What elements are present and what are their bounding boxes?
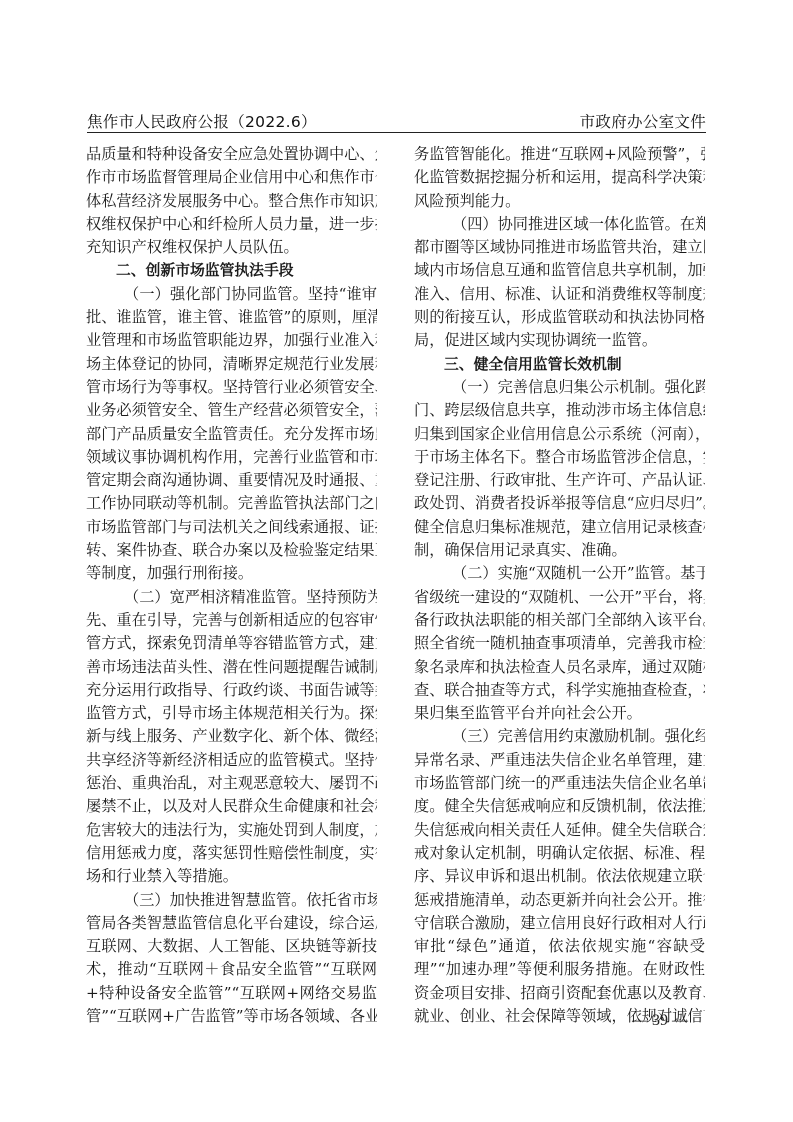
text-line: 制，确保信用记录真实、准确。 xyxy=(414,539,705,562)
text-line: 域内市场信息互通和监管信息共享机制，加强 xyxy=(414,259,705,282)
text-line: 门、跨层级信息共享，推动涉市场主体信息统一 xyxy=(414,399,705,422)
text-line: 互联网、大数据、人工智能、区块链等新技 xyxy=(86,935,377,958)
text-line: 领域议事协调机构作用，完善行业监管和市场监 xyxy=(86,446,377,469)
text-line: 场和行业禁入等措施。 xyxy=(86,865,377,888)
text-line: 充分运用行政指导、行政约谈、书面告诫等柔性 xyxy=(86,679,377,702)
text-line: （一）完善信息归集公示机制。强化跨部 xyxy=(414,376,705,399)
text-line: 序、异议申诉和退出机制。依法依规建立联合 xyxy=(414,865,705,888)
page-number: — 39 — xyxy=(632,1012,688,1030)
text-line: 查、联合抽查等方式，科学实施抽查检查，将结 xyxy=(414,679,705,702)
text-line: 都市圈等区域协同推进市场监管共治，建立区 xyxy=(414,236,705,259)
text-line: 品质量和特种设备安全应急处置协调中心、焦 xyxy=(86,143,377,166)
publication-title: 焦作市人民政府公报（2022.6） xyxy=(87,110,317,132)
text-line: 则的衔接互认，形成监管联动和执法协同格 xyxy=(414,306,705,329)
text-line: 异常名录、严重违法失信企业名单管理，建立 xyxy=(414,749,705,772)
text-line: 管方式，探索免罚清单等容错监管方式，建立完 xyxy=(86,632,377,655)
text-line: 管局各类智慧监管信息化平台建设，综合运用 xyxy=(86,912,377,935)
text-line: 危害较大的违法行为，实施处罚到人制度，加大 xyxy=(86,819,377,842)
text-line: 作市市场监督管理局企业信用中心和焦作市个 xyxy=(86,166,377,189)
text-line: 政处罚、消费者投诉举报等信息“应归尽归”。 xyxy=(414,492,705,515)
text-line: （二）实施“双随机一公开”监管。基于 xyxy=(414,562,705,585)
text-line: （四）协同推进区域一体化监管。在郑州 xyxy=(414,213,705,236)
text-line: 监管方式，引导市场主体规范相关行为。探索创 xyxy=(86,702,377,725)
text-line: 果归集至监管平台并向社会公开。 xyxy=(414,702,705,725)
text-line: 守信联合激励，建立信用良好行政相对人行政 xyxy=(414,912,705,935)
text-line: 屡禁不止，以及对人民群众生命健康和社会秩序 xyxy=(86,795,377,818)
text-line: 管”“互联网+广告监管”等市场各领域、各业 xyxy=(86,1005,377,1028)
text-line: （二）宽严相济精准监管。坚持预防为 xyxy=(86,586,377,609)
left-column: 品质量和特种设备安全应急处置协调中心、焦作市市场监督管理局企业信用中心和焦作市个… xyxy=(86,143,377,1028)
text-line: 术，推动“互联网＋食品安全监管”“互联网 xyxy=(86,958,377,981)
text-line: 权维权保护中心和纤检所人员力量，进一步扩 xyxy=(86,213,377,236)
text-line: 象名录库和执法检查人员名录库，通过双随机抽 xyxy=(414,656,705,679)
text-line: 失信惩戒向相关责任人延伸。健全失信联合惩 xyxy=(414,819,705,842)
text-line: 市场监管部门与司法机关之间线索通报、证据移 xyxy=(86,516,377,539)
text-line: 审批“绿色”通道，依法依规实施“容缺受 xyxy=(414,935,705,958)
text-line: 风险预判能力。 xyxy=(414,190,705,213)
text-line: 度。健全失信惩戒响应和反馈机制，依法推进 xyxy=(414,795,705,818)
text-line: +特种设备安全监管”“互联网+网络交易监 xyxy=(86,982,377,1005)
text-line: 信用惩戒力度，落实惩罚性赔偿性制度，实行市 xyxy=(86,842,377,865)
text-line: 先、重在引导，完善与创新相适应的包容审慎监 xyxy=(86,609,377,632)
page-header: 焦作市人民政府公报（2022.6） 市政府办公室文件 xyxy=(87,108,706,132)
text-line: 备行政执法职能的相关部门全部纳入该平台。按 xyxy=(414,609,705,632)
text-line: 管市场行为等事权。坚持管行业必须管安全、管 xyxy=(86,376,377,399)
text-line: 新与线上服务、产业数字化、新个体、微经济、 xyxy=(86,725,377,748)
text-line: 健全信息归集标准规范，建立信用记录核查机 xyxy=(414,516,705,539)
text-line: 资金项目安排、招商引资配套优惠以及教育、 xyxy=(414,982,705,1005)
text-line: 部门产品质量安全监管责任。充分发挥市场监管 xyxy=(86,423,377,446)
text-line: 批、谁监管，谁主管、谁监管”的原则，厘清行 xyxy=(86,306,377,329)
text-line: 转、案件协查、联合办案以及检验鉴定结果互认 xyxy=(86,539,377,562)
text-line: 充知识产权维权保护人员队伍。 xyxy=(86,236,377,259)
section-heading: 二、创新市场监管执法手段 xyxy=(86,259,377,282)
text-line: 市场监管部门统一的严重违法失信企业名单制 xyxy=(414,772,705,795)
text-line: 照全省统一随机抽查事项清单，完善我市检查对 xyxy=(414,632,705,655)
text-line: 业务必须管安全、管生产经营必须管安全，落实 xyxy=(86,399,377,422)
text-line: 戒对象认定机制，明确认定依据、标准、程 xyxy=(414,842,705,865)
text-line: （三）加快推进智慧监管。依托省市场监 xyxy=(86,889,377,912)
text-line: 等制度，加强行刑衔接。 xyxy=(86,562,377,585)
text-line: 理”“加速办理”等便利服务措施。在财政性 xyxy=(414,958,705,981)
text-line: 工作协同联动等机制。完善监管执法部门之间、 xyxy=(86,492,377,515)
text-line: 务监管智能化。推进“互联网+风险预警”，强 xyxy=(414,143,705,166)
text-line: 场主体登记的协同，清晰界定规范行业发展和监 xyxy=(86,353,377,376)
text-line: 归集到国家企业信用信息公示系统（河南），记 xyxy=(414,423,705,446)
text-line: 共享经济等新经济相适应的监管模式。坚持依法 xyxy=(86,749,377,772)
text-line: 业管理和市场监管职能边界，加强行业准入和市 xyxy=(86,329,377,352)
section-title: 市政府办公室文件 xyxy=(580,110,706,132)
text-line: 准入、信用、标准、认证和消费维权等制度规 xyxy=(414,283,705,306)
text-line: 局，促进区域内实现协调统一监管。 xyxy=(414,329,705,352)
section-heading: 三、健全信用监管长效机制 xyxy=(414,353,705,376)
text-line: （三）完善信用约束激励机制。强化经营 xyxy=(414,725,705,748)
text-line: 于市场主体名下。整合市场监管涉企信息，实现 xyxy=(414,446,705,469)
text-line: 登记注册、行政审批、生产许可、产品认证、行 xyxy=(414,469,705,492)
text-line: 惩戒措施清单，动态更新并向社会公开。推行 xyxy=(414,889,705,912)
header-rule xyxy=(87,132,706,133)
right-column: 务监管智能化。推进“互联网+风险预警”，强化监管数据挖掘分析和运用，提高科学决策… xyxy=(414,143,705,1028)
text-line: 惩治、重典治乱，对主观恶意较大、屡罚不改、 xyxy=(86,772,377,795)
text-line: 省级统一建设的“双随机、一公开”平台，将具 xyxy=(414,586,705,609)
text-line: 善市场违法苗头性、潜在性问题提醒告诫制度， xyxy=(86,656,377,679)
text-line: 管定期会商沟通协调、重要情况及时通报、重点 xyxy=(86,469,377,492)
text-line: （一）强化部门协同监管。坚持“谁审 xyxy=(86,283,377,306)
text-line: 体私营经济发展服务中心。整合焦作市知识产 xyxy=(86,190,377,213)
text-line: 化监管数据挖掘分析和运用，提高科学决策和 xyxy=(414,166,705,189)
